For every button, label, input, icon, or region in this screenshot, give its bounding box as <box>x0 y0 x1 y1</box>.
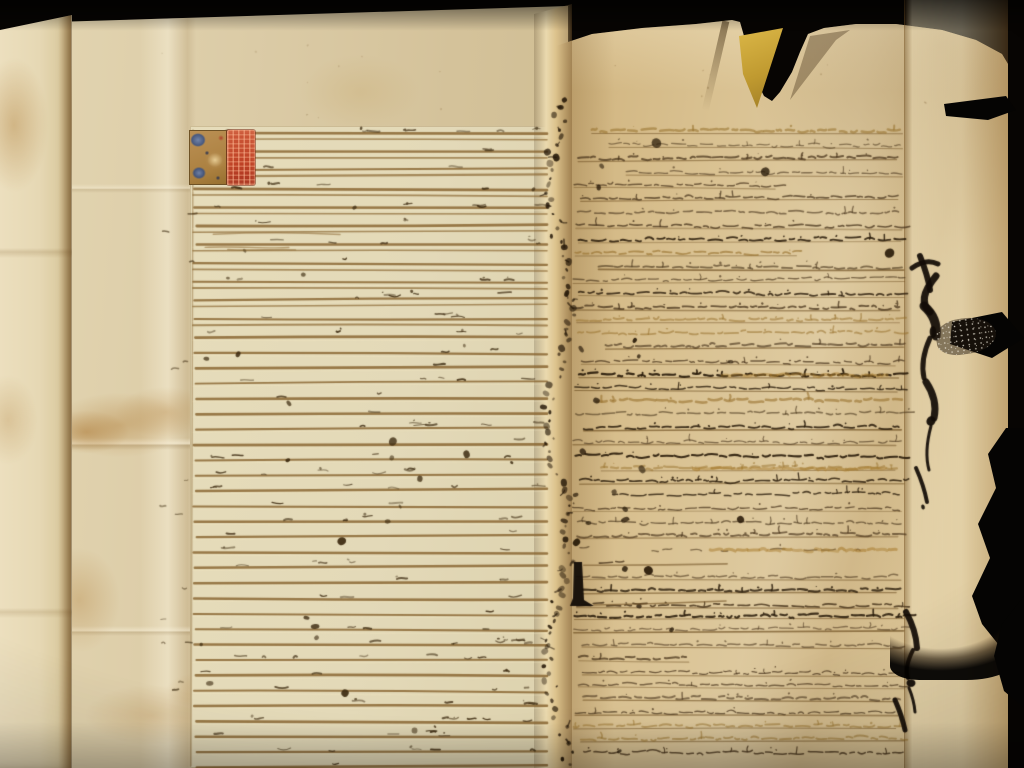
red-seal-stamp <box>227 130 255 185</box>
manuscript-photo <box>0 0 1024 768</box>
illuminated-corner-ornament <box>189 130 227 185</box>
ink-layer <box>0 0 1024 768</box>
